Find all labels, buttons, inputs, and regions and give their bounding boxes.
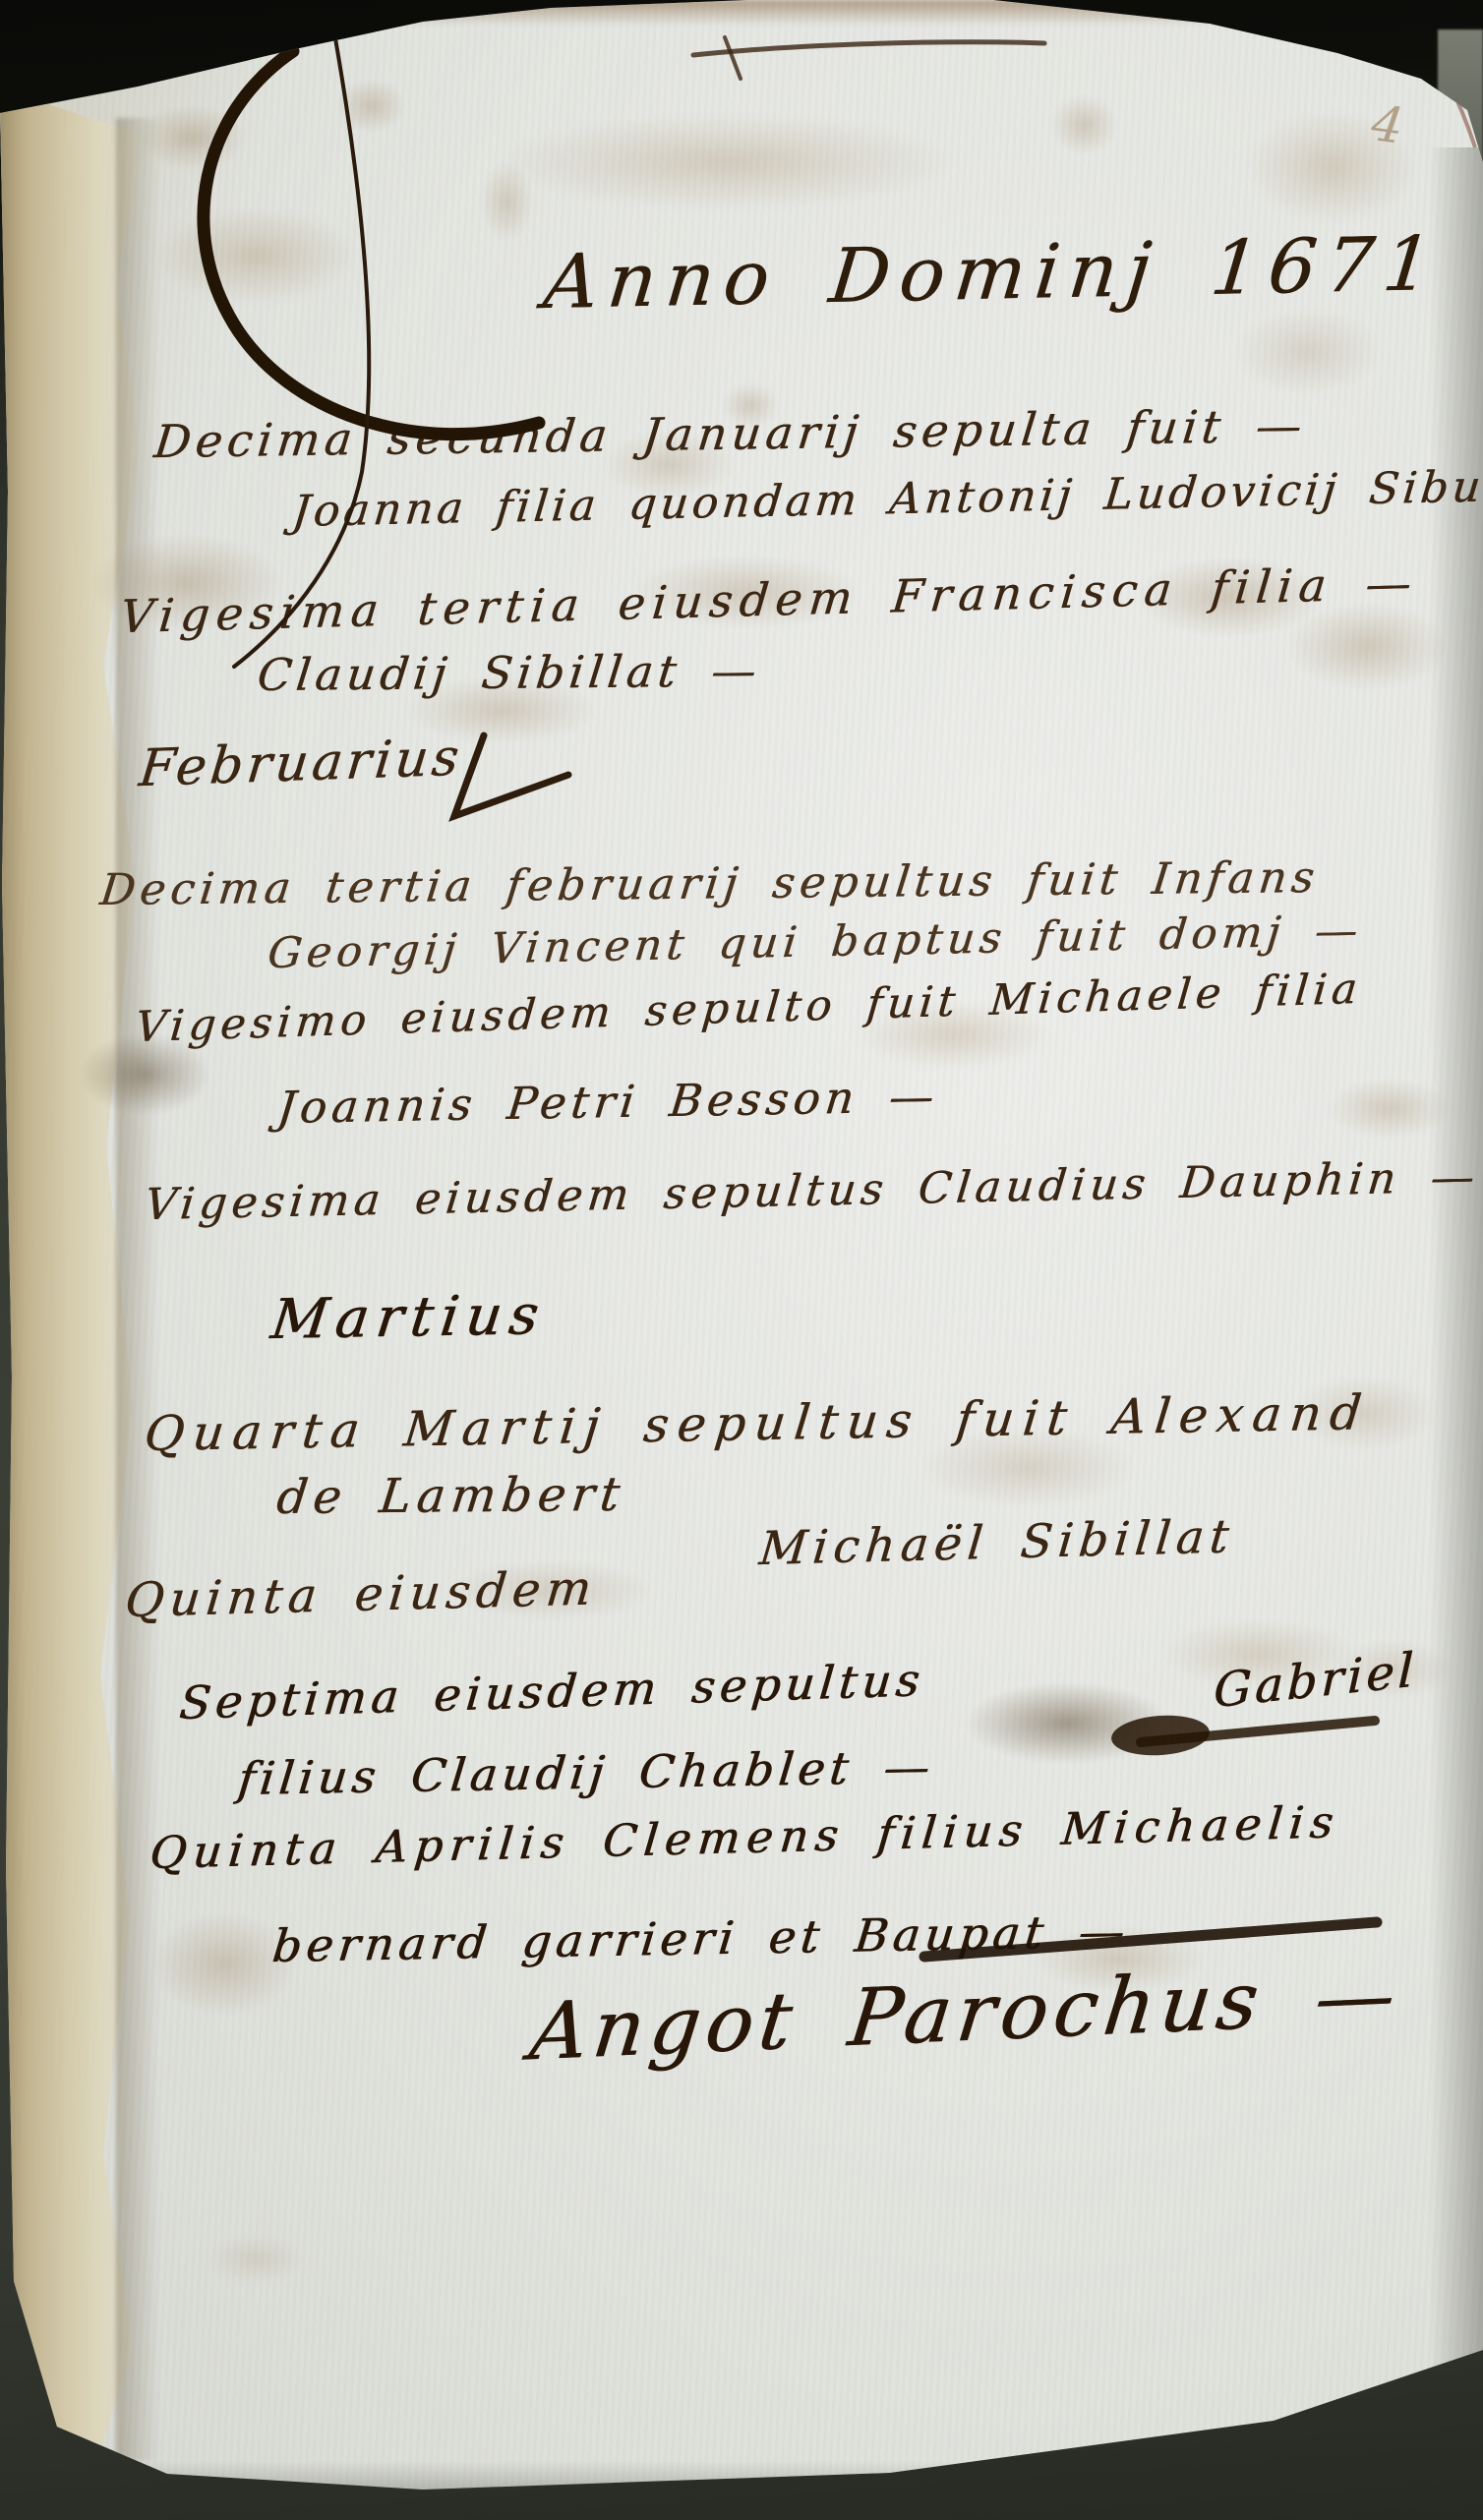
burial-entry-line: de Lambert — [274, 1467, 628, 1525]
ink-stain — [325, 69, 418, 143]
burial-entry-line: Decima secunda Januarij sepulta fuit — — [151, 399, 1309, 468]
ink-stain — [1303, 1067, 1475, 1150]
burial-entry-line: filius Claudij Chablet — — [235, 1740, 936, 1805]
month-heading-februarius: Februarius — [137, 729, 465, 799]
bleedthrough-smudge — [1219, 93, 1446, 241]
burial-entry-line: Joannis Petri Besson — — [274, 1070, 941, 1134]
month-heading-martius: Martius — [267, 1283, 550, 1352]
burial-entry-line: Vigesimo eiusdem sepulto fuit Michaele f… — [133, 965, 1363, 1052]
ink-stain — [1038, 84, 1131, 167]
burial-entry-line: Vigesima eiusdem sepultus Claudius Dauph… — [143, 1152, 1482, 1231]
burial-entry-line: Michaël Sibillat — [757, 1509, 1237, 1576]
ink-stain — [924, 1667, 1210, 1780]
burial-entry-line: Georgij Vincent qui baptus fuit domj — — [266, 907, 1365, 978]
burial-entry-line: Quarta Martij sepultus fuit Alexand — [142, 1384, 1373, 1462]
binding-crease — [116, 118, 159, 2461]
paper-sheet: Anno Dominj 1671 Decima secunda Januarij… — [0, 0, 1483, 2520]
burial-entry-line: Septima eiusdem sepultus — [177, 1653, 926, 1729]
top-edge-pen-mark — [693, 42, 1044, 55]
scanned-register-photo: Anno Dominj 1671 Decima secunda Januarij… — [0, 0, 1483, 2520]
burial-entry-line: Quinta Aprilis Clemens filius Michaelis — [148, 1795, 1342, 1879]
burial-entry-line: Joanna filia quondam Antonij Ludovicij S… — [290, 461, 1483, 537]
burial-entry-line: Claudij Sibillat — — [255, 645, 764, 702]
priest-signature: Angot Parochus — — [525, 1948, 1405, 2078]
burial-entry-line: Decima tertia februarij sepultus fuit In… — [97, 852, 1321, 915]
bleedthrough-smudge — [192, 2227, 320, 2291]
top-edge-cross-mark — [725, 37, 741, 79]
bleedthrough-smudge — [118, 192, 393, 320]
bleedthrough-smudge — [423, 98, 1033, 226]
ink-stain — [118, 93, 266, 182]
